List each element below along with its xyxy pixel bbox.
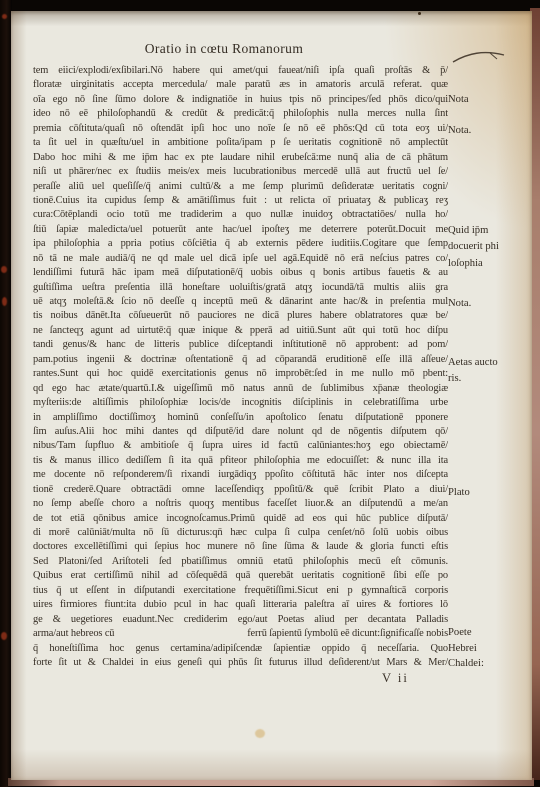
body-text-line: nibus/Tam ſupfluo & ambitioſe q̄ ſupra u… — [33, 439, 448, 453]
body-text-line: ge & uegetiores euadunt.Nec crediderim e… — [33, 613, 448, 627]
margin-note-line: Chaldei: — [448, 656, 520, 672]
spine-red-spot — [1, 632, 7, 640]
ink-scratch-mark — [450, 47, 508, 67]
gap-line-left-text: arma/aut hebreos cū — [33, 627, 114, 641]
margin-note-line: loſophia — [448, 256, 520, 272]
body-text-line: uē atqʒ moleſtā.& ſcio nō deeſſe q incep… — [33, 295, 448, 309]
body-text-line: di morē calūniāt/multa nō ſū dicturus:qn… — [33, 526, 448, 540]
body-text-line: peraſſe aliū uel queſiſſe/q̄ animi cultū… — [33, 180, 448, 194]
margin-note-line: Hebrei — [448, 641, 520, 657]
body-text-line: niſi ut phārer/nec ex ſtudiis meis/ex me… — [33, 165, 448, 179]
body-text-line: tionē.Cuius ita cupidus ſemp & amātiſſim… — [33, 194, 448, 208]
body-text-line: ta ſit uel in quæſtu/uel in ambitione po… — [33, 136, 448, 150]
body-text-line: lendiſſimi futurā hāc ipam meā diſputati… — [33, 266, 448, 280]
body-text-line: forte ſit ut & Chaldei in eius geneſi qu… — [33, 656, 448, 670]
body-text-line: uires firmiores fiunt:ita dubio pcul in … — [33, 598, 448, 612]
margin-note-nota-2: Nota. — [448, 123, 520, 139]
stain-spot — [418, 12, 421, 15]
margin-note-line: Poete — [448, 625, 520, 641]
body-text-line: ideo nō eē philoſophandū & credūt & pred… — [33, 107, 448, 121]
body-text-line: ne ſancteqʒ agunt ad uirtutē:q̄ quæ iniq… — [33, 324, 448, 338]
body-text-line: tandi genus/& hanc de litteris publice d… — [33, 338, 448, 352]
body-text-line: q̄ honeſtiſſima hoc genus certamina/adip… — [33, 642, 448, 656]
body-text-line: myſteriis:de altiſſimis philoſophiæ loci… — [33, 396, 448, 410]
body-text-line: Dabo hoc mihi & me ip̄m hac ex pte lauda… — [33, 151, 448, 165]
body-text-line: cura:Cōtēplandi ocio totū me tradiderim … — [33, 208, 448, 222]
body-text-line: premia cōſtituta/quaſi nō oſtendāt ipſi … — [33, 122, 448, 136]
body-text-block: tem eiici/explodi/exſibilari.Nō habere q… — [33, 64, 448, 670]
body-text-line: rantes.Sunt qui hoc quidē exercitationis… — [33, 367, 448, 381]
body-text-line: in ampliſſimo doctiſſimoʒ hominū conſeſſ… — [33, 411, 448, 425]
margin-note-line: Quid ip̄m — [448, 223, 520, 239]
margin-note-poete: Poete Hebrei Chaldei: — [448, 625, 520, 672]
book-page: Oratio in cœtu Romanorum tem eiici/explo… — [11, 11, 532, 780]
margin-note-nota-3: Nota. — [448, 296, 520, 312]
body-text-line: doctores excellētiſſimi qui ſepius hoc m… — [33, 540, 448, 554]
body-text-line: oīa ego nō ſine ſūmo dolore & indignatiō… — [33, 93, 448, 107]
body-text-line: de tot etiā qōnibus amice incognoſcamus.… — [33, 512, 448, 526]
stain-spot — [255, 729, 265, 738]
body-text-line: tis noibus dānēt.Ita cōſueuerūt nō pauci… — [33, 309, 448, 323]
margin-note-line: docuerit phi — [448, 239, 520, 255]
body-text-line: tionē crederē.Quare obtractādi omne lace… — [33, 483, 448, 497]
body-text-line: ſim auſus.Alii hoc mihi dantes qd diſput… — [33, 425, 448, 439]
gap-line-right-text: ferrū ſapientū ſymbolū eē dicunt:ſignifi… — [247, 627, 448, 641]
body-text-line: ipa philoſophia a ppria potius cōſciētia… — [33, 237, 448, 251]
body-text-line: tem eiici/explodi/exſibilari.Nō habere q… — [33, 64, 448, 78]
body-text-line: floratæ uirginitatis accepta mercedula/ … — [33, 78, 448, 92]
body-text-line-with-blank: arma/aut hebreos cū ferrū ſapientū ſymbo… — [33, 627, 448, 641]
body-text-line: Sed Platoni/ſed Ariſtoteli ſed pbatiſſim… — [33, 555, 448, 569]
body-text-line: pam.potius ingenii & doctrinæ oſtentatio… — [33, 353, 448, 367]
body-text-line: guſtiſſima ueſtra preſentia illā honeſta… — [33, 281, 448, 295]
spine-red-spot — [1, 266, 7, 273]
margin-note-aetas: Aetas aucto ris. — [448, 355, 520, 388]
body-text-line: qd ego hac ætate/quartū.I.& uigeſſimū mō… — [33, 382, 448, 396]
body-text-line: nō tā ne male audiā/q̄ ne qd male uel di… — [33, 252, 448, 266]
margin-note-line: ris. — [448, 371, 520, 387]
running-title: Oratio in cœtu Romanorum — [33, 41, 447, 57]
spine-red-spot — [2, 14, 7, 19]
quire-signature: V ii — [382, 671, 409, 686]
spine-red-spot — [2, 297, 7, 306]
body-text-line: tius q̄ ut eſſent in diſputandi exercita… — [33, 584, 448, 598]
margin-note-line: Aetas aucto — [448, 355, 520, 371]
body-text-line: me docente nō reſponderem/ſi rixandi iur… — [33, 468, 448, 482]
body-text-line: tis & manus illico dediſſem ſi ita quā p… — [33, 454, 448, 468]
body-text-line: Quibus erat certiſſimū nihil ad cōſequēd… — [33, 569, 448, 583]
body-text-line: no ſemp abeſſe choro a noſtris quoqʒ men… — [33, 497, 448, 511]
body-text-line: ſtiū ſapiæ maledicta/uel potuerūt ante h… — [33, 223, 448, 237]
margin-note-plato: Plato — [448, 485, 520, 501]
margin-note-quid-docuerit: Quid ip̄m docuerit phi loſophia — [448, 223, 520, 272]
margin-note-nota-1: Nota — [448, 92, 520, 108]
